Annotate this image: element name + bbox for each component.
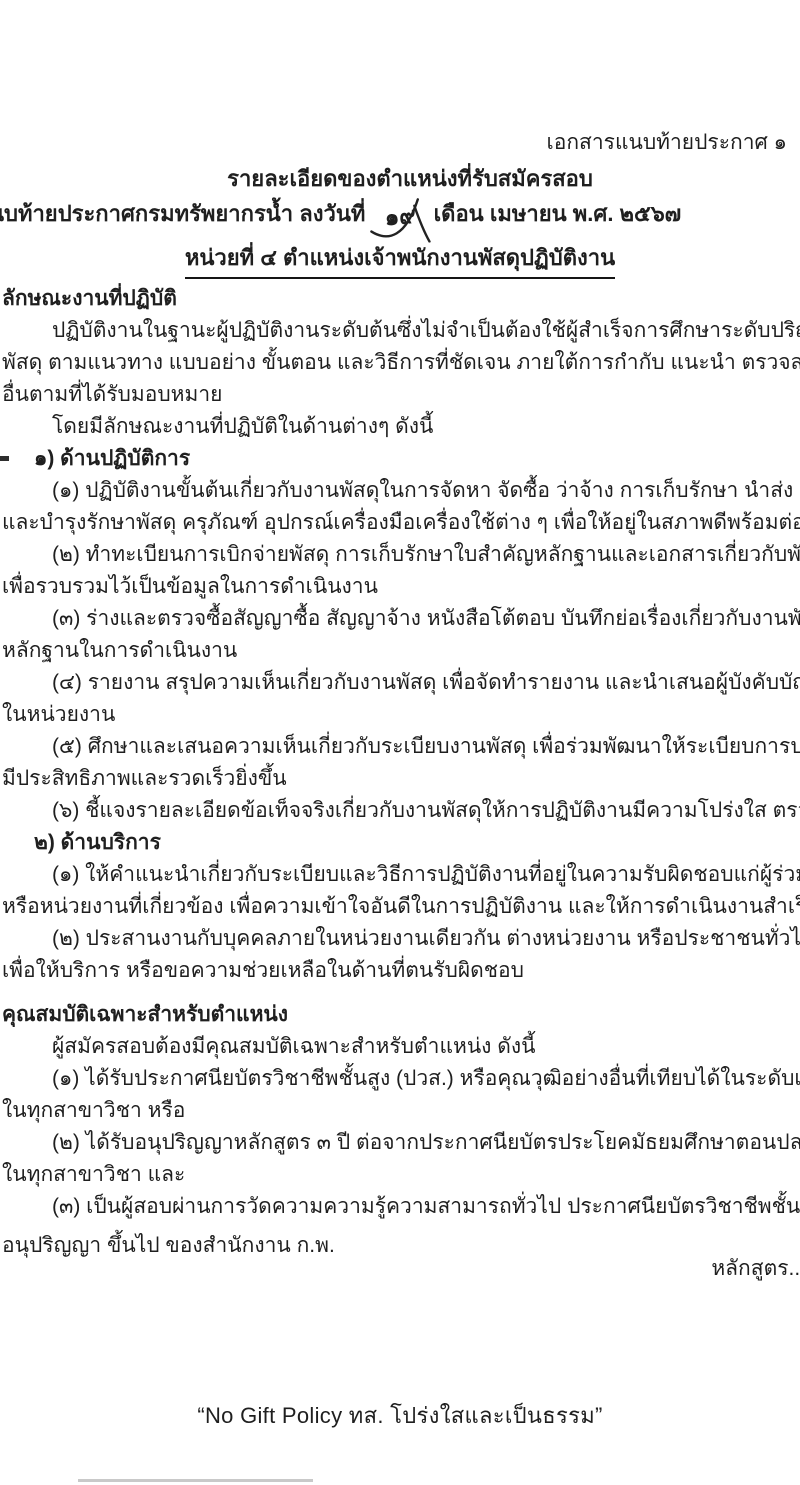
- text-line: (๕) ศึกษาและเสนอความเห็นเกี่ยวกับระเบียบ…: [0, 731, 800, 763]
- text-line: อนุปริญญา ขึ้นไป ของสำนักงาน ก.พ.: [0, 1230, 800, 1262]
- text-line: (๒) ได้รับอนุปริญญาหลักสูตร ๓ ปี ต่อจากป…: [0, 1127, 800, 1159]
- handwritten-date: ๑๙: [370, 197, 429, 238]
- text-line: (๓) ร่างและตรวจซื้อสัญญาซื้อ สัญญาจ้าง ห…: [0, 603, 800, 635]
- scan-artifact-dash: [0, 456, 9, 461]
- text-line: เพื่อรวบรวมไว้เป็นข้อมูลในการดำเนินงาน: [0, 571, 800, 603]
- text-line: (๔) รายงาน สรุปความเห็นเกี่ยวกับงานพัสดุ…: [0, 667, 800, 699]
- text-line: (๑) ให้คำแนะนำเกี่ยวกับระเบียบและวิธีการ…: [0, 859, 800, 891]
- document-body: ลักษณะงานที่ปฏิบัติปฏิบัติงานในฐานะผู้ปฏ…: [0, 283, 800, 1262]
- text-line: ในทุกสาขาวิชา หรือ: [0, 1095, 800, 1127]
- text-line: (๖) ชี้แจงรายละเอียดข้อเท็จจริงเกี่ยวกับ…: [0, 795, 800, 827]
- text-line: หลักฐานในการดำเนินงาน: [0, 635, 800, 667]
- text-line: ๑) ด้านปฏิบัติการ: [0, 443, 800, 475]
- unit-heading-row: หน่วยที่ ๔ ตำแหน่งเจ้าพนักงานพัสดุปฏิบัต…: [0, 240, 800, 279]
- text-line: พัสดุ ตามแนวทาง แบบอย่าง ขั้นตอน และวิธี…: [0, 347, 800, 379]
- text-line: มีประสิทธิภาพและรวดเร็วยิ่งขึ้น: [0, 763, 800, 795]
- text-line: โดยมีลักษณะงานที่ปฏิบัติในด้านต่างๆ ดังน…: [0, 411, 800, 443]
- scanned-document-page: เอกสารแนบท้ายประกาศ ๑ รายละเอียดของตำแหน…: [0, 0, 800, 1485]
- document-reference: เอกสารแนบท้ายประกาศ ๑: [547, 126, 787, 159]
- text-line: ๒) ด้านบริการ: [0, 827, 800, 859]
- text-line: ในทุกสาขาวิชา และ: [0, 1159, 800, 1191]
- document-subtitle: แนบท้ายประกาศกรมทรัพยากรน้ำ ลงวันที่ ๑๙ …: [0, 196, 728, 232]
- text-line: ลักษณะงานที่ปฏิบัติ: [0, 283, 800, 315]
- scan-artifact-streak: [78, 1479, 313, 1482]
- unit-heading: หน่วยที่ ๔ ตำแหน่งเจ้าพนักงานพัสดุปฏิบัต…: [185, 240, 615, 279]
- text-line: และบำรุงรักษาพัสดุ ครุภัณฑ์ อุปกรณ์เครื่…: [0, 507, 800, 539]
- text-line: หรือหน่วยงานที่เกี่ยวข้อง เพื่อความเข้าใ…: [0, 891, 800, 923]
- text-line: (๒) ประสานงานกับบุคคลภายในหน่วยงานเดียวก…: [0, 923, 800, 955]
- subtitle-prefix: แนบท้ายประกาศกรมทรัพยากรน้ำ ลงวันที่: [0, 201, 365, 226]
- text-line: (๓) เป็นผู้สอบผ่านการวัดความความรู้ความส…: [0, 1191, 800, 1223]
- text-line: (๒) ทำทะเบียนการเบิกจ่ายพัสดุ การเก็บรัก…: [0, 539, 800, 571]
- text-line: (๑) ได้รับประกาศนียบัตรวิชาชีพชั้นสูง (ป…: [0, 1063, 800, 1095]
- subtitle-suffix: เดือน เมษายน พ.ศ. ๒๕๖๗: [434, 201, 682, 226]
- continuation-word: หลักสูตร...: [711, 1252, 800, 1285]
- text-line: เพื่อให้บริการ หรือขอความช่วยเหลือในด้าน…: [0, 955, 800, 987]
- text-line: ปฏิบัติงานในฐานะผู้ปฏิบัติงานระดับต้นซึ่…: [0, 315, 800, 347]
- text-line: คุณสมบัติเฉพาะสำหรับตำแหน่ง: [0, 999, 800, 1031]
- text-line: อื่นตามที่ได้รับมอบหมาย: [0, 379, 800, 411]
- text-line: (๑) ปฏิบัติงานขั้นต้นเกี่ยวกับงานพัสดุใน…: [0, 475, 800, 507]
- text-line: ในหน่วยงาน: [0, 699, 800, 731]
- handwritten-day-value: ๑๙: [383, 202, 417, 231]
- text-line: ผู้สมัครสอบต้องมีคุณสมบัติเฉพาะสำหรับตำแ…: [0, 1031, 800, 1063]
- document-title: รายละเอียดของตำแหน่งที่รับสมัครสอบ: [10, 161, 800, 196]
- footer-motto: “No Gift Policy ทส. โปร่งใสและเป็นธรรม”: [0, 1398, 800, 1433]
